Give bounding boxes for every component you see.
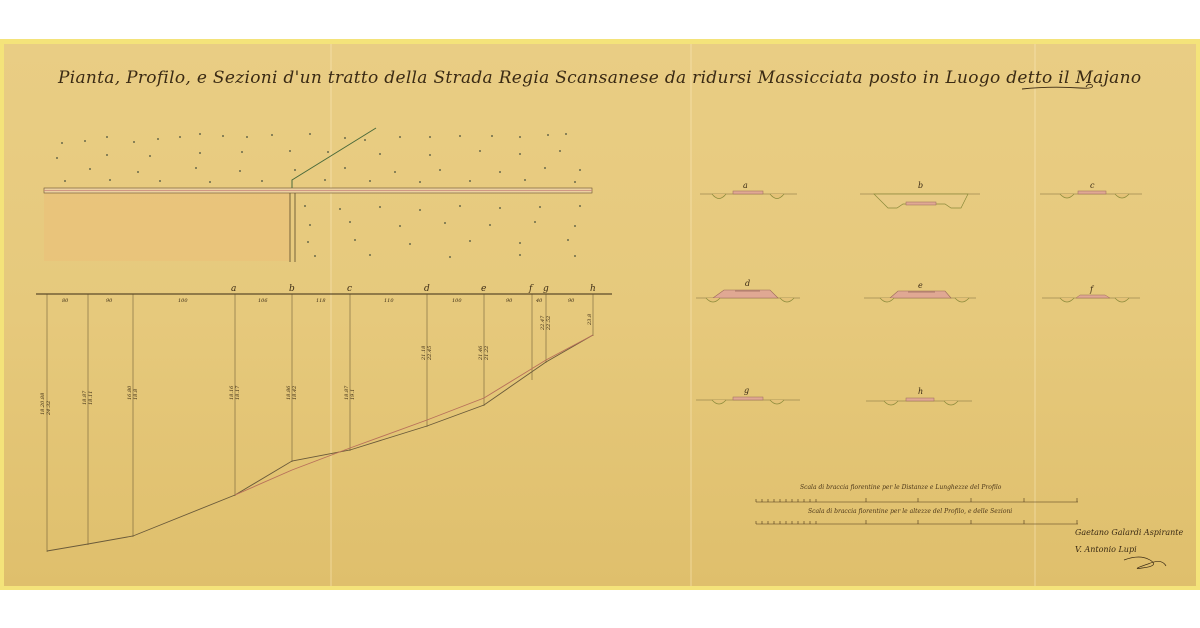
svg-text:18.11: 18.11 xyxy=(88,391,94,405)
svg-text:d: d xyxy=(424,284,430,294)
svg-text:c: c xyxy=(1090,181,1095,190)
svg-text:18.42: 18.42 xyxy=(292,386,298,400)
svg-text:e: e xyxy=(481,284,486,294)
technical-drawing: 18.20.88 18.87 16.80 18.16 18.86 18.87 2… xyxy=(0,0,1200,628)
svg-text:18.17: 18.17 xyxy=(235,385,241,400)
svg-text:80: 80 xyxy=(62,298,69,304)
svg-text:d: d xyxy=(745,279,750,288)
section-h: h xyxy=(866,387,972,405)
svg-text:106: 106 xyxy=(258,298,268,304)
cross-sections: a b c d xyxy=(696,181,1142,405)
svg-text:40: 40 xyxy=(535,298,543,304)
svg-text:19.1: 19.1 xyxy=(350,389,356,400)
svg-text:90: 90 xyxy=(568,298,575,304)
svg-text:g: g xyxy=(543,284,549,294)
svg-text:22.45: 22.45 xyxy=(427,346,433,361)
svg-text:a: a xyxy=(743,181,748,190)
svg-text:90: 90 xyxy=(506,298,513,304)
section-c: c xyxy=(1040,181,1142,198)
svg-text:a: a xyxy=(231,284,236,294)
svg-text:22.52: 22.52 xyxy=(546,316,552,331)
section-a: a xyxy=(700,181,797,199)
svg-text:90: 90 xyxy=(106,298,113,304)
svg-text:23.8: 23.8 xyxy=(587,314,593,326)
scale-caption-distances: Scala di braccia fiorentine per le Dista… xyxy=(800,484,1001,491)
scale-caption-heights: Scala di braccia fiorentine per le altez… xyxy=(808,508,1012,515)
svg-text:g: g xyxy=(744,386,749,395)
svg-text:c: c xyxy=(347,284,352,294)
svg-text:21.22: 21.22 xyxy=(484,346,490,361)
svg-text:18.8: 18.8 xyxy=(133,389,139,400)
svg-text:b: b xyxy=(289,284,295,294)
svg-text:f: f xyxy=(1089,285,1095,294)
signature-author: Gaetano Galardi Aspirante xyxy=(1075,528,1183,537)
section-d: d xyxy=(696,279,800,302)
plan-view xyxy=(44,128,592,262)
section-f: f xyxy=(1042,285,1140,302)
svg-text:100: 100 xyxy=(452,298,462,304)
section-g: g xyxy=(696,386,800,404)
svg-text:24.32: 24.32 xyxy=(46,401,52,416)
profile-view: 18.20.88 18.87 16.80 18.16 18.86 18.87 2… xyxy=(36,284,612,552)
svg-text:h: h xyxy=(590,284,596,294)
section-e: e xyxy=(864,281,976,302)
svg-text:100: 100 xyxy=(178,298,188,304)
svg-text:e: e xyxy=(918,281,923,290)
svg-text:f: f xyxy=(528,284,534,294)
svg-text:h: h xyxy=(918,387,923,396)
svg-text:110: 110 xyxy=(384,298,394,304)
section-b: b xyxy=(860,181,980,208)
svg-text:b: b xyxy=(918,181,923,190)
signature-flourish-icon xyxy=(1120,552,1170,574)
svg-text:118: 118 xyxy=(316,298,326,304)
